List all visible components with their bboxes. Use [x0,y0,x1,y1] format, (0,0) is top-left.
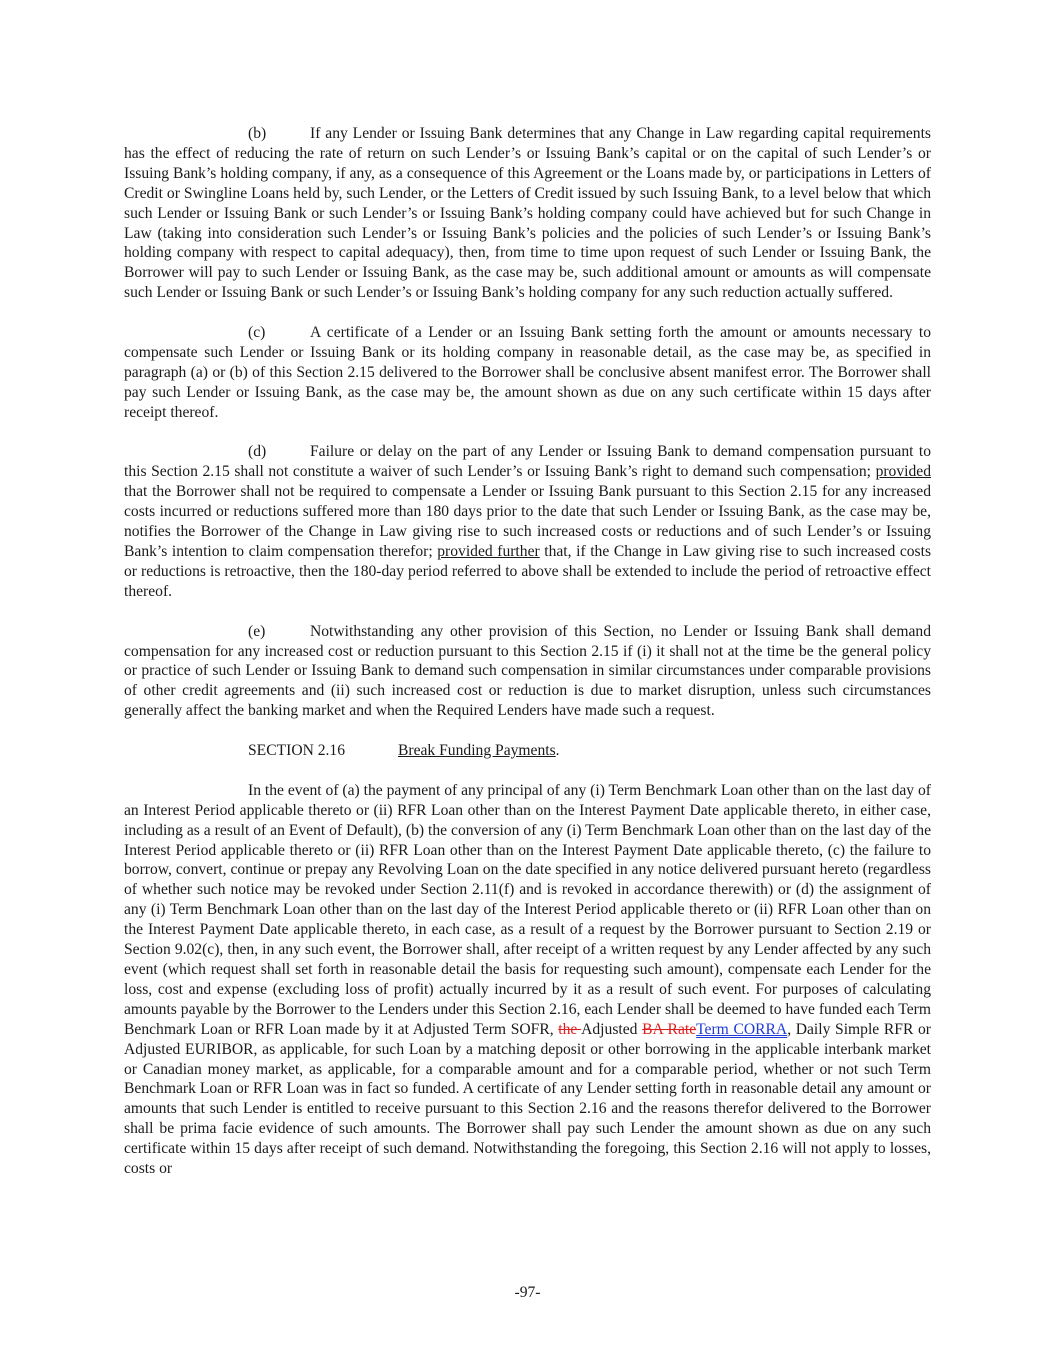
paragraph-text: , Daily Simple RFR or Adjusted EURIBOR, … [124,1021,931,1177]
page-number: -97- [0,1284,1055,1302]
section-title-suffix: . [556,742,560,759]
deleted-text: the [558,1021,581,1038]
paragraph-d: (d)Failure or delay on the part of any L… [124,442,931,601]
inserted-text: Term CORRA [696,1021,787,1038]
document-page: (b)If any Lender or Issuing Bank determi… [124,124,931,1199]
deleted-text: BA Rate [642,1021,696,1038]
paragraph-c: (c)A certificate of a Lender or an Issui… [124,323,931,423]
paragraph-text: A certificate of a Lender or an Issuing … [124,324,931,421]
section-number: SECTION 2.16 [248,741,398,761]
paragraph-label: (d) [248,442,310,462]
paragraph-text: If any Lender or Issuing Bank determines… [124,125,931,301]
paragraph-text: Adjusted [581,1021,642,1038]
paragraph-text: Notwithstanding any other provision of t… [124,623,931,720]
paragraph-label: (b) [248,124,310,144]
paragraph-text: Failure or delay on the part of any Lend… [124,443,931,480]
paragraph-text: In the event of (a) the payment of any p… [124,782,931,1038]
paragraph-b: (b)If any Lender or Issuing Bank determi… [124,124,931,303]
provided-further-term: provided further [437,543,539,560]
paragraph-label: (c) [248,323,310,343]
paragraph-label: (e) [248,622,310,642]
break-funding-paragraph: In the event of (a) the payment of any p… [124,781,931,1179]
provided-term: provided [876,463,931,480]
section-title: Break Funding Payments [398,742,556,759]
paragraph-e: (e)Notwithstanding any other provision o… [124,622,931,722]
section-heading: SECTION 2.16Break Funding Payments. [124,741,931,761]
